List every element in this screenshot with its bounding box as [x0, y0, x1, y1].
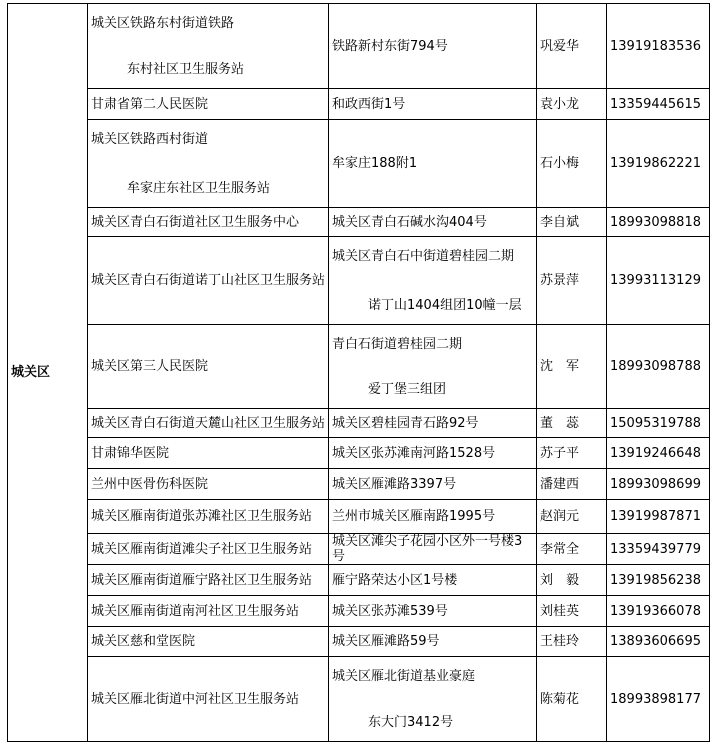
address-cell: 雁宁路荣达小区1号楼 [329, 565, 537, 596]
phone-cell: 18993098818 [607, 208, 710, 237]
facility-name-cell-text: 城关区青白石街道社区卫生服务中心 [91, 215, 299, 230]
facility-name-cell: 城关区青白石街道社区卫生服务中心 [88, 208, 329, 237]
address-cell: 城关区雁北街道基业豪庭东大门3412号 [329, 657, 537, 742]
facility-name-cell: 城关区雁南街道滩尖子社区卫生服务站 [88, 534, 329, 565]
phone-cell-text: 13919246648 [610, 446, 701, 461]
address-cell: 铁路新村东街794号 [329, 4, 537, 89]
contact-cell-text: 潘建西 [540, 477, 579, 492]
phone-cell-text: 13359439779 [610, 542, 701, 557]
contact-cell-text: 刘桂英 [540, 604, 579, 619]
phone-cell: 13919856238 [607, 565, 710, 596]
contact-cell: 苏景萍 [537, 237, 607, 325]
facility-name-cell-lines: 城关区铁路西村街道牟家庄东社区卫生服务站 [91, 122, 325, 206]
facility-name-cell-text: 城关区雁南街道滩尖子社区卫生服务站 [91, 542, 312, 557]
facility-name-cell: 城关区青白石街道天麓山社区卫生服务站 [88, 409, 329, 438]
table-row: 甘肃锦华医院城关区张苏滩南河路1528号苏子平13919246648 [8, 438, 710, 469]
facility-name-cell: 城关区铁路东村街道铁路东村社区卫生服务站 [88, 4, 329, 89]
directory-table-body: 城关区城关区铁路东村街道铁路东村社区卫生服务站铁路新村东街794号巩爱华1391… [8, 4, 710, 742]
table-row: 城关区第三人民医院青白石街道碧桂园二期爱丁堡三组团沈 军18993098788 [8, 325, 710, 409]
address-cell: 城关区滩尖子花园小区外一号楼3号 [329, 534, 537, 565]
phone-cell-text: 13893606695 [610, 634, 701, 649]
contact-cell: 巩爱华 [537, 4, 607, 89]
table-row: 城关区雁南街道南河社区卫生服务站城关区张苏滩539号刘桂英13919366078 [8, 596, 710, 627]
phone-cell-text: 13919856238 [610, 573, 701, 588]
facility-name-cell-text: 城关区第三人民医院 [91, 359, 208, 374]
contact-cell: 袁小龙 [537, 89, 607, 120]
address-cell-line: 青白石街道碧桂园二期 [332, 337, 533, 352]
address-cell-line: 城关区雁北街道基业豪庭 [332, 669, 533, 684]
contact-cell: 刘 毅 [537, 565, 607, 596]
table-row: 城关区青白石街道社区卫生服务中心城关区青白石碱水沟404号李自斌18993098… [8, 208, 710, 237]
contact-cell: 刘桂英 [537, 596, 607, 627]
contact-cell-text: 刘 毅 [540, 573, 579, 588]
contact-cell-text: 李自斌 [540, 215, 579, 230]
phone-cell-text: 13919366078 [610, 604, 701, 619]
address-cell-line: 城关区青白石中街道碧桂园二期 [332, 249, 533, 264]
table-row: 城关区青白石街道天麓山社区卫生服务站城关区碧桂园青石路92号董 蕊1509531… [8, 409, 710, 438]
facility-name-cell: 城关区铁路西村街道牟家庄东社区卫生服务站 [88, 120, 329, 208]
contact-cell-text: 陈菊花 [540, 692, 579, 707]
contact-cell-text: 赵润元 [540, 509, 579, 524]
contact-cell: 李自斌 [537, 208, 607, 237]
facility-name-cell: 城关区第三人民医院 [88, 325, 329, 409]
table-row: 城关区青白石街道诺丁山社区卫生服务站城关区青白石中街道碧桂园二期诺丁山1404组… [8, 237, 710, 325]
contact-cell: 苏子平 [537, 438, 607, 469]
address-cell: 牟家庄188附1 [329, 120, 537, 208]
facility-name-cell-text: 城关区慈和堂医院 [91, 634, 195, 649]
address-cell-text: 城关区青白石碱水沟404号 [332, 215, 487, 230]
contact-cell: 李常全 [537, 534, 607, 565]
phone-cell: 13993113129 [607, 237, 710, 325]
phone-cell: 13359445615 [607, 89, 710, 120]
contact-cell-text: 石小梅 [540, 156, 579, 171]
address-cell: 城关区雁滩路3397号 [329, 469, 537, 500]
address-cell-line: 爱丁堡三组团 [332, 382, 533, 397]
phone-cell: 13919862221 [607, 120, 710, 208]
contact-cell-text: 王桂玲 [540, 634, 579, 649]
phone-cell-text: 18993898177 [610, 692, 701, 707]
address-cell: 城关区青白石碱水沟404号 [329, 208, 537, 237]
table-row: 城关区雁南街道滩尖子社区卫生服务站城关区滩尖子花园小区外一号楼3号李常全1335… [8, 534, 710, 565]
facility-name-cell-line: 牟家庄东社区卫生服务站 [91, 181, 325, 196]
address-cell: 和政西街1号 [329, 89, 537, 120]
phone-cell: 13919987871 [607, 500, 710, 534]
address-cell-lines: 城关区雁北街道基业豪庭东大门3412号 [332, 659, 533, 740]
address-cell: 青白石街道碧桂园二期爱丁堡三组团 [329, 325, 537, 409]
facility-name-cell-text: 甘肃省第二人民医院 [91, 97, 208, 112]
address-cell-line: 诺丁山1404组团10幢一层 [332, 298, 533, 313]
phone-cell-text: 13993113129 [610, 273, 701, 288]
contact-cell-text: 董 蕊 [540, 416, 579, 431]
table-row: 城关区慈和堂医院城关区雁滩路59号王桂玲13893606695 [8, 627, 710, 657]
phone-cell-text: 18993098699 [610, 477, 701, 492]
contact-cell-text: 巩爱华 [540, 39, 579, 54]
facility-name-cell-line: 城关区铁路东村街道铁路 [91, 16, 325, 31]
phone-cell: 13919183536 [607, 4, 710, 89]
address-cell: 兰州市城关区雁南路1995号 [329, 500, 537, 534]
contact-cell-text: 沈 军 [540, 359, 579, 374]
facility-name-cell-text: 城关区青白石街道诺丁山社区卫生服务站 [91, 273, 325, 288]
facility-name-cell: 甘肃省第二人民医院 [88, 89, 329, 120]
facility-name-cell-lines: 城关区铁路东村街道铁路东村社区卫生服务站 [91, 6, 325, 87]
contact-cell: 沈 军 [537, 325, 607, 409]
facility-name-cell: 城关区雁南街道南河社区卫生服务站 [88, 596, 329, 627]
address-cell-text: 兰州市城关区雁南路1995号 [332, 509, 495, 524]
district-label: 城关区 [11, 365, 50, 380]
facility-name-cell-text: 城关区雁南街道张苏滩社区卫生服务站 [91, 509, 312, 524]
table-row: 兰州中医骨伤科医院城关区雁滩路3397号潘建西18993098699 [8, 469, 710, 500]
address-cell-text: 牟家庄188附1 [332, 156, 417, 171]
address-cell-text: 城关区碧桂园青石路92号 [332, 416, 479, 431]
contact-cell: 石小梅 [537, 120, 607, 208]
facility-name-cell: 城关区慈和堂医院 [88, 627, 329, 657]
facility-name-cell: 城关区雁南街道雁宁路社区卫生服务站 [88, 565, 329, 596]
address-cell-text: 城关区滩尖子花园小区外一号楼3号 [332, 534, 522, 564]
facility-name-cell: 城关区青白石街道诺丁山社区卫生服务站 [88, 237, 329, 325]
contact-cell: 陈菊花 [537, 657, 607, 742]
table-row: 城关区雁北街道中河社区卫生服务站城关区雁北街道基业豪庭东大门3412号陈菊花18… [8, 657, 710, 742]
phone-cell-text: 13919987871 [610, 509, 701, 524]
facility-name-cell: 甘肃锦华医院 [88, 438, 329, 469]
address-cell-text: 城关区雁滩路3397号 [332, 477, 456, 492]
address-cell: 城关区青白石中街道碧桂园二期诺丁山1404组团10幢一层 [329, 237, 537, 325]
phone-cell-text: 18993098818 [610, 215, 701, 230]
facility-name-cell: 城关区雁南街道张苏滩社区卫生服务站 [88, 500, 329, 534]
address-cell: 城关区张苏滩539号 [329, 596, 537, 627]
contact-cell-text: 苏景萍 [540, 273, 579, 288]
facility-name-cell: 城关区雁北街道中河社区卫生服务站 [88, 657, 329, 742]
phone-cell: 18993098699 [607, 469, 710, 500]
facility-name-cell-text: 城关区雁北街道中河社区卫生服务站 [91, 692, 299, 707]
contact-cell-text: 李常全 [540, 542, 579, 557]
facility-name-cell-text: 甘肃锦华医院 [91, 446, 169, 461]
address-cell-lines: 青白石街道碧桂园二期爱丁堡三组团 [332, 327, 533, 407]
address-cell-line: 东大门3412号 [332, 715, 533, 730]
facility-name-cell-text: 城关区青白石街道天麓山社区卫生服务站 [91, 416, 325, 431]
facility-name-cell-text: 兰州中医骨伤科医院 [91, 477, 208, 492]
address-cell-text: 铁路新村东街794号 [332, 39, 448, 54]
address-cell-text: 城关区张苏滩南河路1528号 [332, 446, 495, 461]
facility-name-cell-text: 城关区雁南街道雁宁路社区卫生服务站 [91, 573, 312, 588]
phone-cell-text: 13919862221 [610, 156, 701, 171]
facility-name-cell-line: 东村社区卫生服务站 [91, 62, 325, 77]
phone-cell-text: 13919183536 [610, 39, 701, 54]
contact-cell-text: 苏子平 [540, 446, 579, 461]
table-row: 甘肃省第二人民医院和政西街1号袁小龙13359445615 [8, 89, 710, 120]
address-cell-lines: 城关区青白石中街道碧桂园二期诺丁山1404组团10幢一层 [332, 239, 533, 323]
phone-cell: 15095319788 [607, 409, 710, 438]
phone-cell-text: 18993098788 [610, 359, 701, 374]
address-cell: 城关区雁滩路59号 [329, 627, 537, 657]
address-cell-text: 雁宁路荣达小区1号楼 [332, 573, 457, 588]
contact-cell-text: 袁小龙 [540, 97, 579, 112]
address-cell-text: 城关区张苏滩539号 [332, 604, 448, 619]
health-directory-page: 城关区城关区铁路东村街道铁路东村社区卫生服务站铁路新村东街794号巩爱华1391… [0, 0, 720, 746]
phone-cell: 13919246648 [607, 438, 710, 469]
facility-name-cell-line: 城关区铁路西村街道 [91, 132, 325, 147]
address-cell-text: 城关区雁滩路59号 [332, 634, 440, 649]
phone-cell: 18993898177 [607, 657, 710, 742]
address-cell: 城关区张苏滩南河路1528号 [329, 438, 537, 469]
district-cell: 城关区 [8, 4, 88, 742]
facility-name-cell-text: 城关区雁南街道南河社区卫生服务站 [91, 604, 299, 619]
table-row: 城关区雁南街道张苏滩社区卫生服务站兰州市城关区雁南路1995号赵润元139199… [8, 500, 710, 534]
phone-cell: 13919366078 [607, 596, 710, 627]
table-row: 城关区雁南街道雁宁路社区卫生服务站雁宁路荣达小区1号楼刘 毅1391985623… [8, 565, 710, 596]
contact-cell: 潘建西 [537, 469, 607, 500]
contact-cell: 董 蕊 [537, 409, 607, 438]
address-cell-text: 和政西街1号 [332, 97, 405, 112]
facility-name-cell: 兰州中医骨伤科医院 [88, 469, 329, 500]
phone-cell: 18993098788 [607, 325, 710, 409]
directory-table: 城关区城关区铁路东村街道铁路东村社区卫生服务站铁路新村东街794号巩爱华1391… [7, 3, 710, 742]
table-row: 城关区城关区铁路东村街道铁路东村社区卫生服务站铁路新村东街794号巩爱华1391… [8, 4, 710, 89]
contact-cell: 王桂玲 [537, 627, 607, 657]
address-cell: 城关区碧桂园青石路92号 [329, 409, 537, 438]
contact-cell: 赵润元 [537, 500, 607, 534]
phone-cell: 13893606695 [607, 627, 710, 657]
table-row: 城关区铁路西村街道牟家庄东社区卫生服务站牟家庄188附1石小梅139198622… [8, 120, 710, 208]
phone-cell-text: 15095319788 [610, 416, 701, 431]
phone-cell: 13359439779 [607, 534, 710, 565]
phone-cell-text: 13359445615 [610, 97, 701, 112]
